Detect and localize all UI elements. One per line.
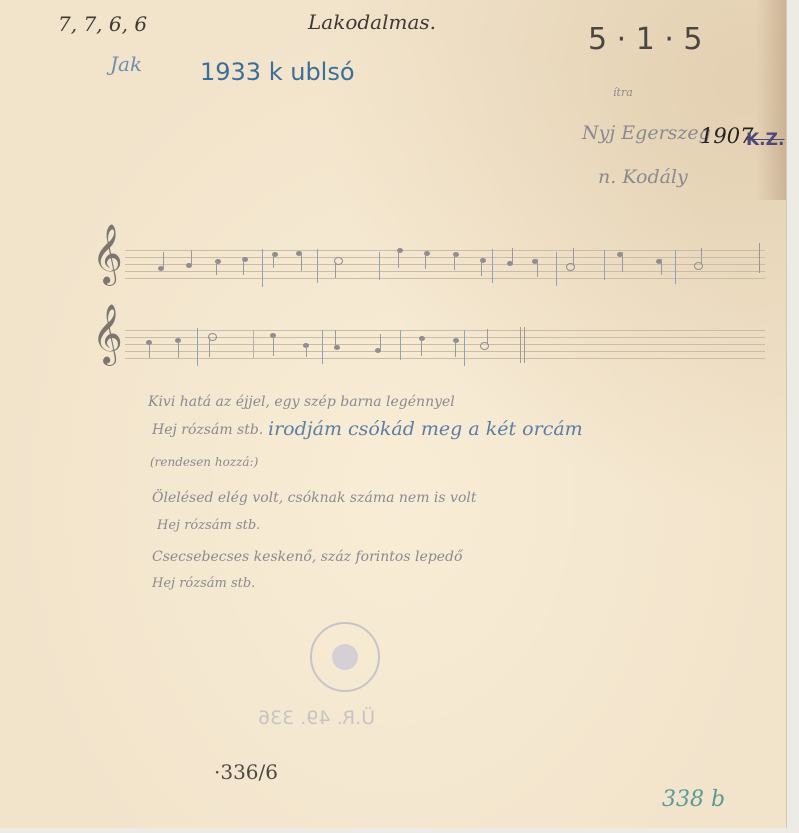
lyric-line: irodjám csókád meg a két orcám (268, 418, 583, 440)
paper-stain (756, 0, 786, 200)
lyric-line: Hej rózsám stb. (152, 576, 255, 591)
top-left-numbers: 7, 7, 6, 6 (58, 12, 147, 36)
crest-icon (332, 644, 358, 670)
collector-name: n. Kodály (598, 166, 688, 188)
staff-lines (125, 330, 765, 362)
top-left-signature: Jak (110, 52, 142, 76)
lyric-line: Hej rózsám stb. (152, 422, 263, 438)
library-stamp (310, 622, 380, 692)
collector-stamp: K.Z. (746, 130, 784, 150)
lyric-line: Ölelésed elég volt, csóknak száma nem is… (152, 490, 476, 506)
treble-clef-icon: 𝄞 (92, 308, 123, 360)
page-number: 338 b (662, 787, 725, 812)
staff-lines (125, 250, 765, 282)
manuscript-page: 7, 7, 6, 6 Jak Lakodalmas. 1933 k ublsó … (0, 0, 787, 828)
collector-place: Nyj Egerszeg (582, 122, 711, 144)
document-title: Lakodalmas. (308, 10, 436, 34)
catalog-code: 5 · 1 · 5 (588, 22, 702, 57)
archive-number: ·336/6 (214, 760, 278, 784)
collector-superscript: ítra (613, 86, 633, 99)
lyric-line: Hej rózsám stb. (157, 518, 260, 533)
lyric-line: (rendesen hozzá:) (150, 455, 258, 469)
lyric-line: Kivi hatá az éjjel, egy szép barna legén… (148, 394, 455, 410)
year-note: 1933 k ublsó (200, 58, 355, 86)
mirrored-stamp-number: Ü.R. 49. 336 (258, 707, 375, 729)
treble-clef-icon: 𝄞 (92, 228, 123, 280)
lyric-line: Csecsebecses keskenő, száz forintos lepe… (152, 549, 462, 565)
